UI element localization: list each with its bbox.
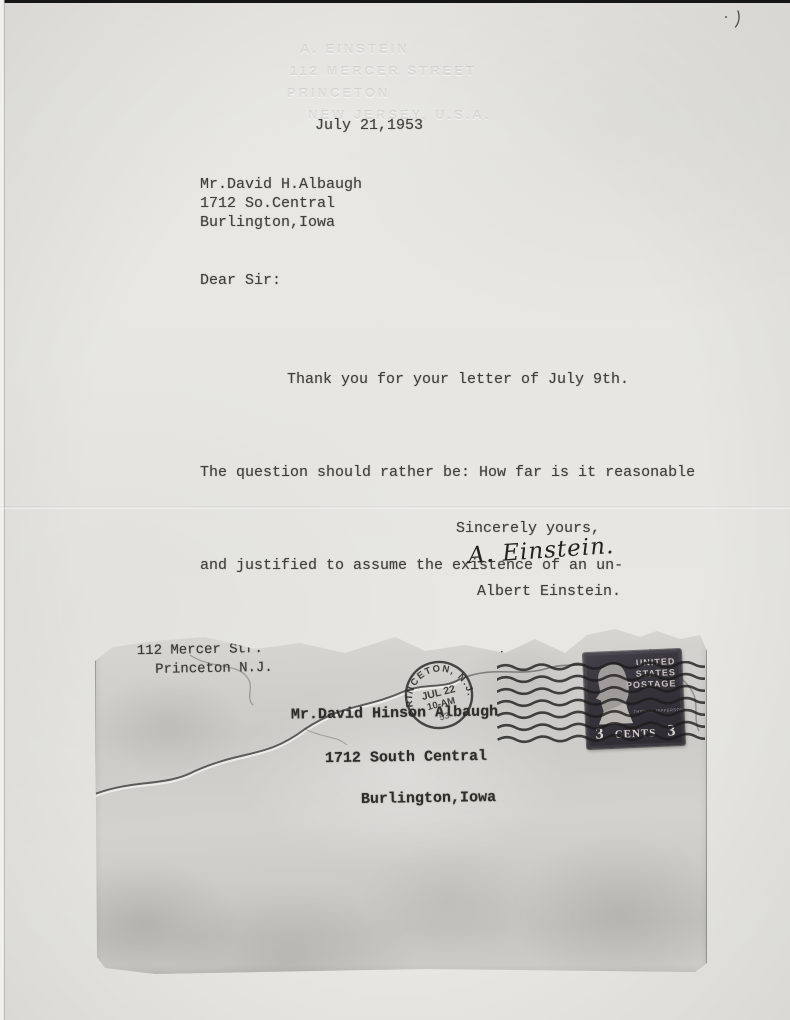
typed-signature-name: Albert Einstein. [477,583,621,600]
photo-top-edge [0,0,790,3]
letterhead-city: PRINCETON [287,82,520,104]
envelope: 112 Mercer Str. Princeton N.J. PRINCETON… [95,627,707,976]
pen-mark-icon [722,8,746,34]
recipient-street: 1712 So.Central [200,194,362,213]
body-line: The question should rather be: How far i… [200,457,695,488]
embossed-letterhead: A. EINSTEIN 112 MERCER STREET PRINCETON … [300,38,520,126]
body-line: Thank you for your letter of July 9th. [200,364,695,395]
recipient-name: Mr.David H.Albaugh [200,175,362,194]
return-address-city: Princeton N.J. [155,659,273,680]
letterhead-name: A. EINSTEIN [300,38,520,60]
recipient-city: Burlington,Iowa [200,213,362,232]
cancellation-lines-icon [497,661,705,749]
photo-left-edge [0,0,5,1020]
envelope-addressee-street: 1712 South Central [325,748,487,767]
body-line: and justified to assume the existence of… [200,550,695,581]
letter-photo-page: A. EINSTEIN 112 MERCER STREET PRINCETON … [0,0,790,1020]
salutation: Dear Sir: [200,272,281,289]
envelope-addressee-city: Burlington,Iowa [361,789,496,808]
letter-date: July 21,1953 [315,117,423,134]
fold-crease [0,506,790,509]
letterhead-street: 112 MERCER STREET [290,60,520,82]
envelope-addressee-name: Mr.David Hinson Albaugh [291,704,498,724]
recipient-block: Mr.David H.Albaugh 1712 So.Central Burli… [200,175,362,232]
